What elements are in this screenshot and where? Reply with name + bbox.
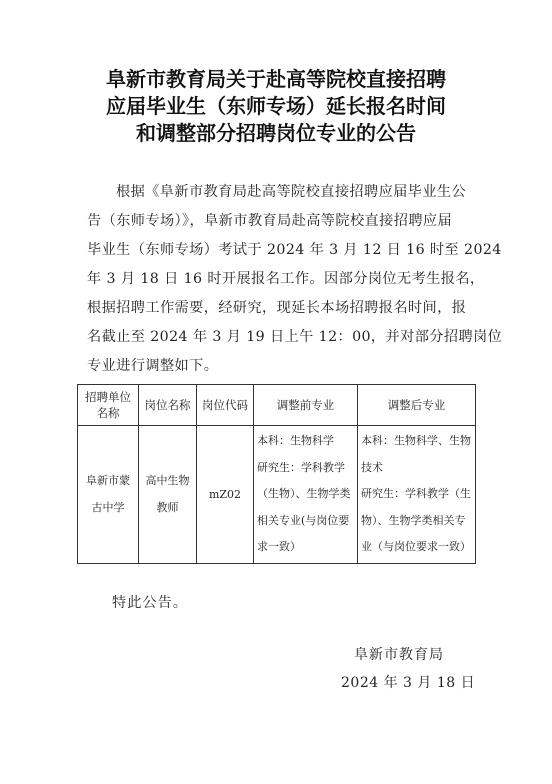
table-header-row: 招聘单位 名称 岗位名称 岗位代码 调整前专业 调整后专业	[78, 385, 476, 426]
cell-position-name: 高中生物 教师	[139, 426, 197, 564]
signature-date: 2024 年 3 月 18 日	[341, 672, 475, 692]
header-position-name: 岗位名称	[139, 385, 197, 426]
cell-unit-name: 阜新市蒙 古中学	[78, 426, 139, 564]
header-major-before: 调整前专业	[254, 385, 358, 426]
body-line: 告（东师专场）》，阜新市教育局赴高等院校直接招聘应届	[87, 207, 469, 236]
body-line: 名截止至 2024 年 3 月 19 日上午 12：00，并对部分招聘岗位	[87, 323, 469, 352]
document-title: 阜新市教育局关于赴高等院校直接招聘 应届毕业生（东师专场）延长报名时间 和调整部…	[60, 66, 492, 147]
body-line: 年 3 月 18 日 16 时开展报名工作。因部分岗位无考生报名，	[87, 265, 469, 294]
table-row: 阜新市蒙 古中学 高中生物 教师 mZ02 本科：生物科学 研究生：学科教学 （…	[78, 426, 476, 564]
title-line: 应届毕业生（东师专场）延长报名时间	[60, 93, 492, 120]
cell-major-after: 本科：生物科学、生物 技术 研究生：学科教学（生 物）、生物学类相关专 业（与岗…	[358, 426, 476, 564]
body-line: 根据招聘工作需要，经研究，现延长本场招聘报名时间，报	[87, 294, 469, 323]
document-page: 阜新市教育局关于赴高等院校直接招聘 应届毕业生（东师专场）延长报名时间 和调整部…	[0, 0, 552, 784]
body-line: 根据《阜新市教育局赴高等院校直接招聘应届毕业生公	[87, 178, 469, 207]
title-line: 阜新市教育局关于赴高等院校直接招聘	[60, 66, 492, 93]
body-line: 毕业生（东师专场）考试于 2024 年 3 月 12 日 16 时至 2024	[87, 236, 469, 265]
header-position-code: 岗位代码	[197, 385, 254, 426]
cell-major-before: 本科：生物科学 研究生：学科教学 （生物）、生物学类 相关专业(与岗位要 求一致…	[254, 426, 358, 564]
signature-organization: 阜新市教育局	[354, 644, 444, 664]
adjustment-table: 招聘单位 名称 岗位名称 岗位代码 调整前专业 调整后专业 阜新市蒙 古中学 高…	[77, 384, 476, 564]
cell-position-code: mZ02	[197, 426, 254, 564]
header-unit-name: 招聘单位 名称	[78, 385, 139, 426]
title-line: 和调整部分招聘岗位专业的公告	[60, 120, 492, 147]
announcement-body: 根据《阜新市教育局赴高等院校直接招聘应届毕业生公 告（东师专场）》，阜新市教育局…	[87, 178, 469, 381]
body-line: 专业进行调整如下。	[87, 352, 469, 381]
closing-remark: 特此公告。	[112, 592, 188, 612]
header-major-after: 调整后专业	[358, 385, 476, 426]
